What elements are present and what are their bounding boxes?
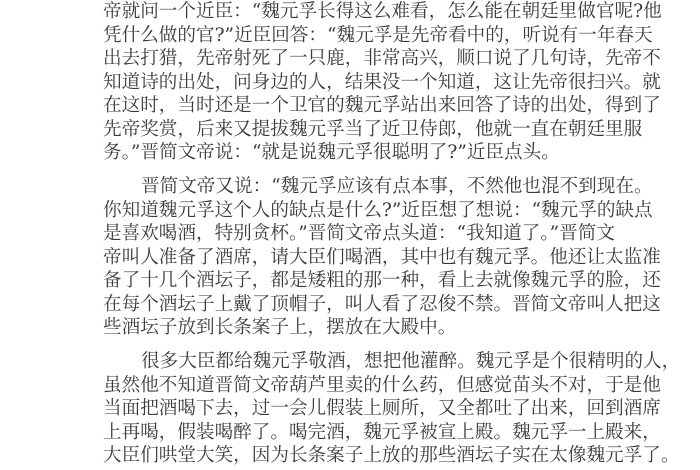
text-line: 务。”晋简文帝说：“就是说魏元孚很聪明了?”近臣点头。 xyxy=(103,141,603,165)
paragraph-gap xyxy=(103,165,603,176)
text-line: 帝叫人准备了酒席，请大臣们喝酒，其中也有魏元孚。他还让太监准 xyxy=(103,246,603,270)
text-line: 先帝奖赏，后来又提拔魏元孚当了近卫侍郎，他就一直在朝廷里服 xyxy=(103,118,603,142)
text-line: 当面把酒喝下去，过一会儿假装上厕所，又全都吐了出来，回到酒席 xyxy=(103,397,603,421)
text-line: 大臣们哄堂大笑，因为长条案子上放的那些酒坛子实在太像魏元孚了。 xyxy=(103,444,603,468)
text-line: 知道诗的出处，问身边的人，结果没一个知道，这让先帝很扫兴。就 xyxy=(103,71,603,95)
text-line: 些酒坛子放到长条案子上，摆放在大殿中。 xyxy=(103,316,603,340)
paragraph-3: 很多大臣都给魏元孚敬酒，想把他灌醉。魏元孚是个很精明的人， 虽然他不知道晋简文帝… xyxy=(103,350,603,468)
paragraph-2: 晋简文帝又说：“魏元孚应该有点本事，不然他也混不到现在。 你知道魏元孚这个人的缺… xyxy=(103,175,603,340)
text-line: 晋简文帝又说：“魏元孚应该有点本事，不然他也混不到现在。 xyxy=(103,175,603,199)
text-line: 在每个酒坛子上戴了顶帽子，叫人看了忍俊不禁。晋简文帝叫人把这 xyxy=(103,293,603,317)
text-line: 帝就问一个近臣：“魏元孚长得这么难看，怎么能在朝廷里做官呢?他 xyxy=(103,0,603,24)
document-page: 帝就问一个近臣：“魏元孚长得这么难看，怎么能在朝廷里做官呢?他 凭什么做的官?”… xyxy=(103,0,603,468)
text-line: 虽然他不知道晋简文帝葫芦里卖的什么药，但感觉苗头不对，于是他 xyxy=(103,374,603,398)
text-line: 出去打猎，先帝射死了一只鹿，非常高兴，顺口说了几句诗，先帝不 xyxy=(103,47,603,71)
text-line: 在这时，当时还是一个卫官的魏元孚站出来回答了诗的出处，得到了 xyxy=(103,94,603,118)
text-line: 上再喝，假装喝醉了。喝完酒，魏元孚被宣上殿。魏元孚一上殿来， xyxy=(103,421,603,445)
text-line: 备了十几个酒坛子，都是矮粗的那一种，看上去就像魏元孚的脸，还 xyxy=(103,269,603,293)
paragraph-1: 帝就问一个近臣：“魏元孚长得这么难看，怎么能在朝廷里做官呢?他 凭什么做的官?”… xyxy=(103,0,603,165)
text-line: 凭什么做的官?”近臣回答：“魏元孚是先帝看中的，听说有一年春天 xyxy=(103,24,603,48)
text-line: 很多大臣都给魏元孚敬酒，想把他灌醉。魏元孚是个很精明的人， xyxy=(103,350,603,374)
paragraph-gap xyxy=(103,340,603,351)
text-line: 你知道魏元孚这个人的缺点是什么?”近臣想了想说：“魏元孚的缺点 xyxy=(103,199,603,223)
text-line: 是喜欢喝酒，特别贪杯。”晋简文帝点头道：“我知道了。”晋简文 xyxy=(103,222,603,246)
